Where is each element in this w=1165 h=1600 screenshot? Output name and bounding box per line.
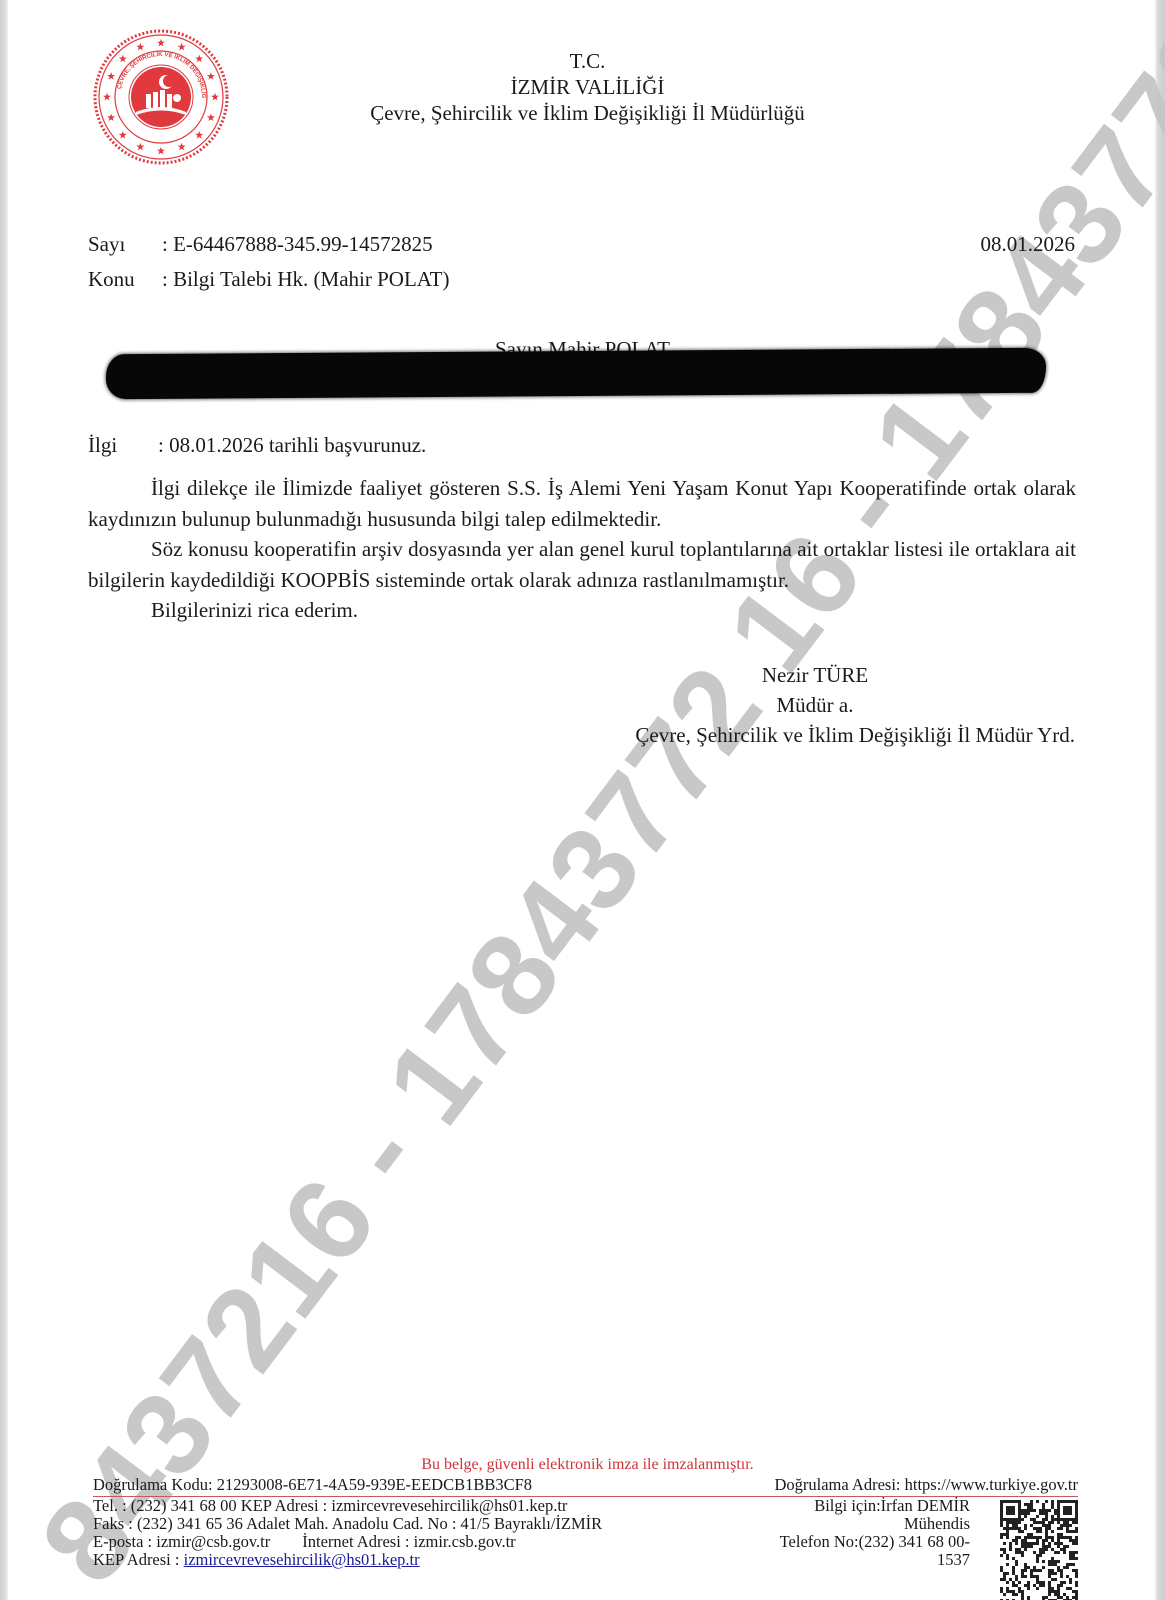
contact-internet: İnternet Adresi : izmir.csb.gov.tr — [302, 1532, 515, 1551]
contact-faks: Faks : (232) 341 65 36 Adalet Mah. Anado… — [93, 1515, 602, 1533]
ilgi-label: İlgi — [88, 433, 158, 458]
konu-value: : Bilgi Talebi Hk. (Mahir POLAT) — [162, 267, 449, 292]
verification-code: Doğrulama Kodu: 21293008-6E71-4A59-939E-… — [93, 1475, 532, 1495]
verification-address[interactable]: Doğrulama Adresi: https://www.turkiye.go… — [774, 1475, 1078, 1495]
body-paragraph: Bilgilerinizi rica ederim. — [88, 595, 1076, 626]
ilgi-row: İlgi : 08.01.2026 tarihli başvurunuz. — [88, 433, 426, 458]
konu-row: Konu : Bilgi Talebi Hk. (Mahir POLAT) — [88, 267, 449, 292]
qr-code-icon[interactable] — [1000, 1500, 1078, 1600]
esignature-text: Bu belge, güvenli elektronik imza ile im… — [421, 1456, 753, 1473]
kep-link[interactable]: izmircevrevesehircilik@hs01.kep.tr — [184, 1550, 420, 1569]
contact-tel: Tel. : (232) 341 68 00 KEP Adresi : izmi… — [93, 1497, 602, 1515]
signer-title: Çevre, Şehircilik ve İklim Değişikliği İ… — [555, 720, 1075, 750]
signer-name: Nezir TÜRE — [555, 660, 1075, 690]
letterhead-tc: T.C. — [5, 48, 1165, 74]
info-phone-1: Telefon No:(232) 341 68 00- — [650, 1533, 970, 1551]
esignature-notice: Bu belge, güvenli elektronik imza ile im… — [0, 1456, 1165, 1474]
letterhead-governorship: İZMİR VALİLİĞİ — [5, 74, 1165, 100]
letterhead-directorate: Çevre, Şehircilik ve İklim Değişikliği İ… — [5, 100, 1165, 126]
signature-block: Nezir TÜRE Müdür a. Çevre, Şehircilik ve… — [555, 660, 1075, 750]
sayi-label: Sayı — [88, 232, 162, 257]
sayi-value: : E-64467888-345.99-14572825 — [162, 232, 433, 257]
info-contact-person: Bilgi için:İrfan DEMİR — [650, 1497, 970, 1515]
contact-kep-row: KEP Adresi : izmircevrevesehircilik@hs01… — [93, 1551, 602, 1569]
info-role: Mühendis — [650, 1515, 970, 1533]
signer-role: Müdür a. — [555, 690, 1075, 720]
verification-row: Doğrulama Kodu: 21293008-6E71-4A59-939E-… — [93, 1475, 1078, 1497]
contact-block: Tel. : (232) 341 68 00 KEP Adresi : izmi… — [93, 1497, 602, 1569]
letter-body: İlgi dilekçe ile İlimizde faaliyet göste… — [88, 473, 1076, 626]
contact-eposta-row: E-posta : izmir@csb.gov.trİnternet Adres… — [93, 1533, 602, 1551]
page-edge-right — [1155, 0, 1165, 1600]
page-edge-left — [0, 0, 8, 1600]
letterhead: T.C. İZMİR VALİLİĞİ Çevre, Şehircilik ve… — [0, 48, 1165, 126]
body-paragraph: Söz konusu kooperatifin arşiv dosyasında… — [88, 534, 1076, 595]
redacted-address — [106, 348, 1046, 400]
document-date: 08.01.2026 — [981, 232, 1076, 257]
sayi-row: Sayı : E-64467888-345.99-14572825 — [88, 232, 433, 257]
ilgi-value: : 08.01.2026 tarihli başvurunuz. — [158, 433, 426, 458]
body-paragraph: İlgi dilekçe ile İlimizde faaliyet göste… — [88, 473, 1076, 534]
info-phone-2: 1537 — [650, 1551, 970, 1569]
contact-eposta: E-posta : izmir@csb.gov.tr — [93, 1532, 270, 1551]
kep-label: KEP Adresi : — [93, 1550, 184, 1569]
info-block: Bilgi için:İrfan DEMİR Mühendis Telefon … — [650, 1497, 970, 1569]
konu-label: Konu — [88, 267, 162, 292]
